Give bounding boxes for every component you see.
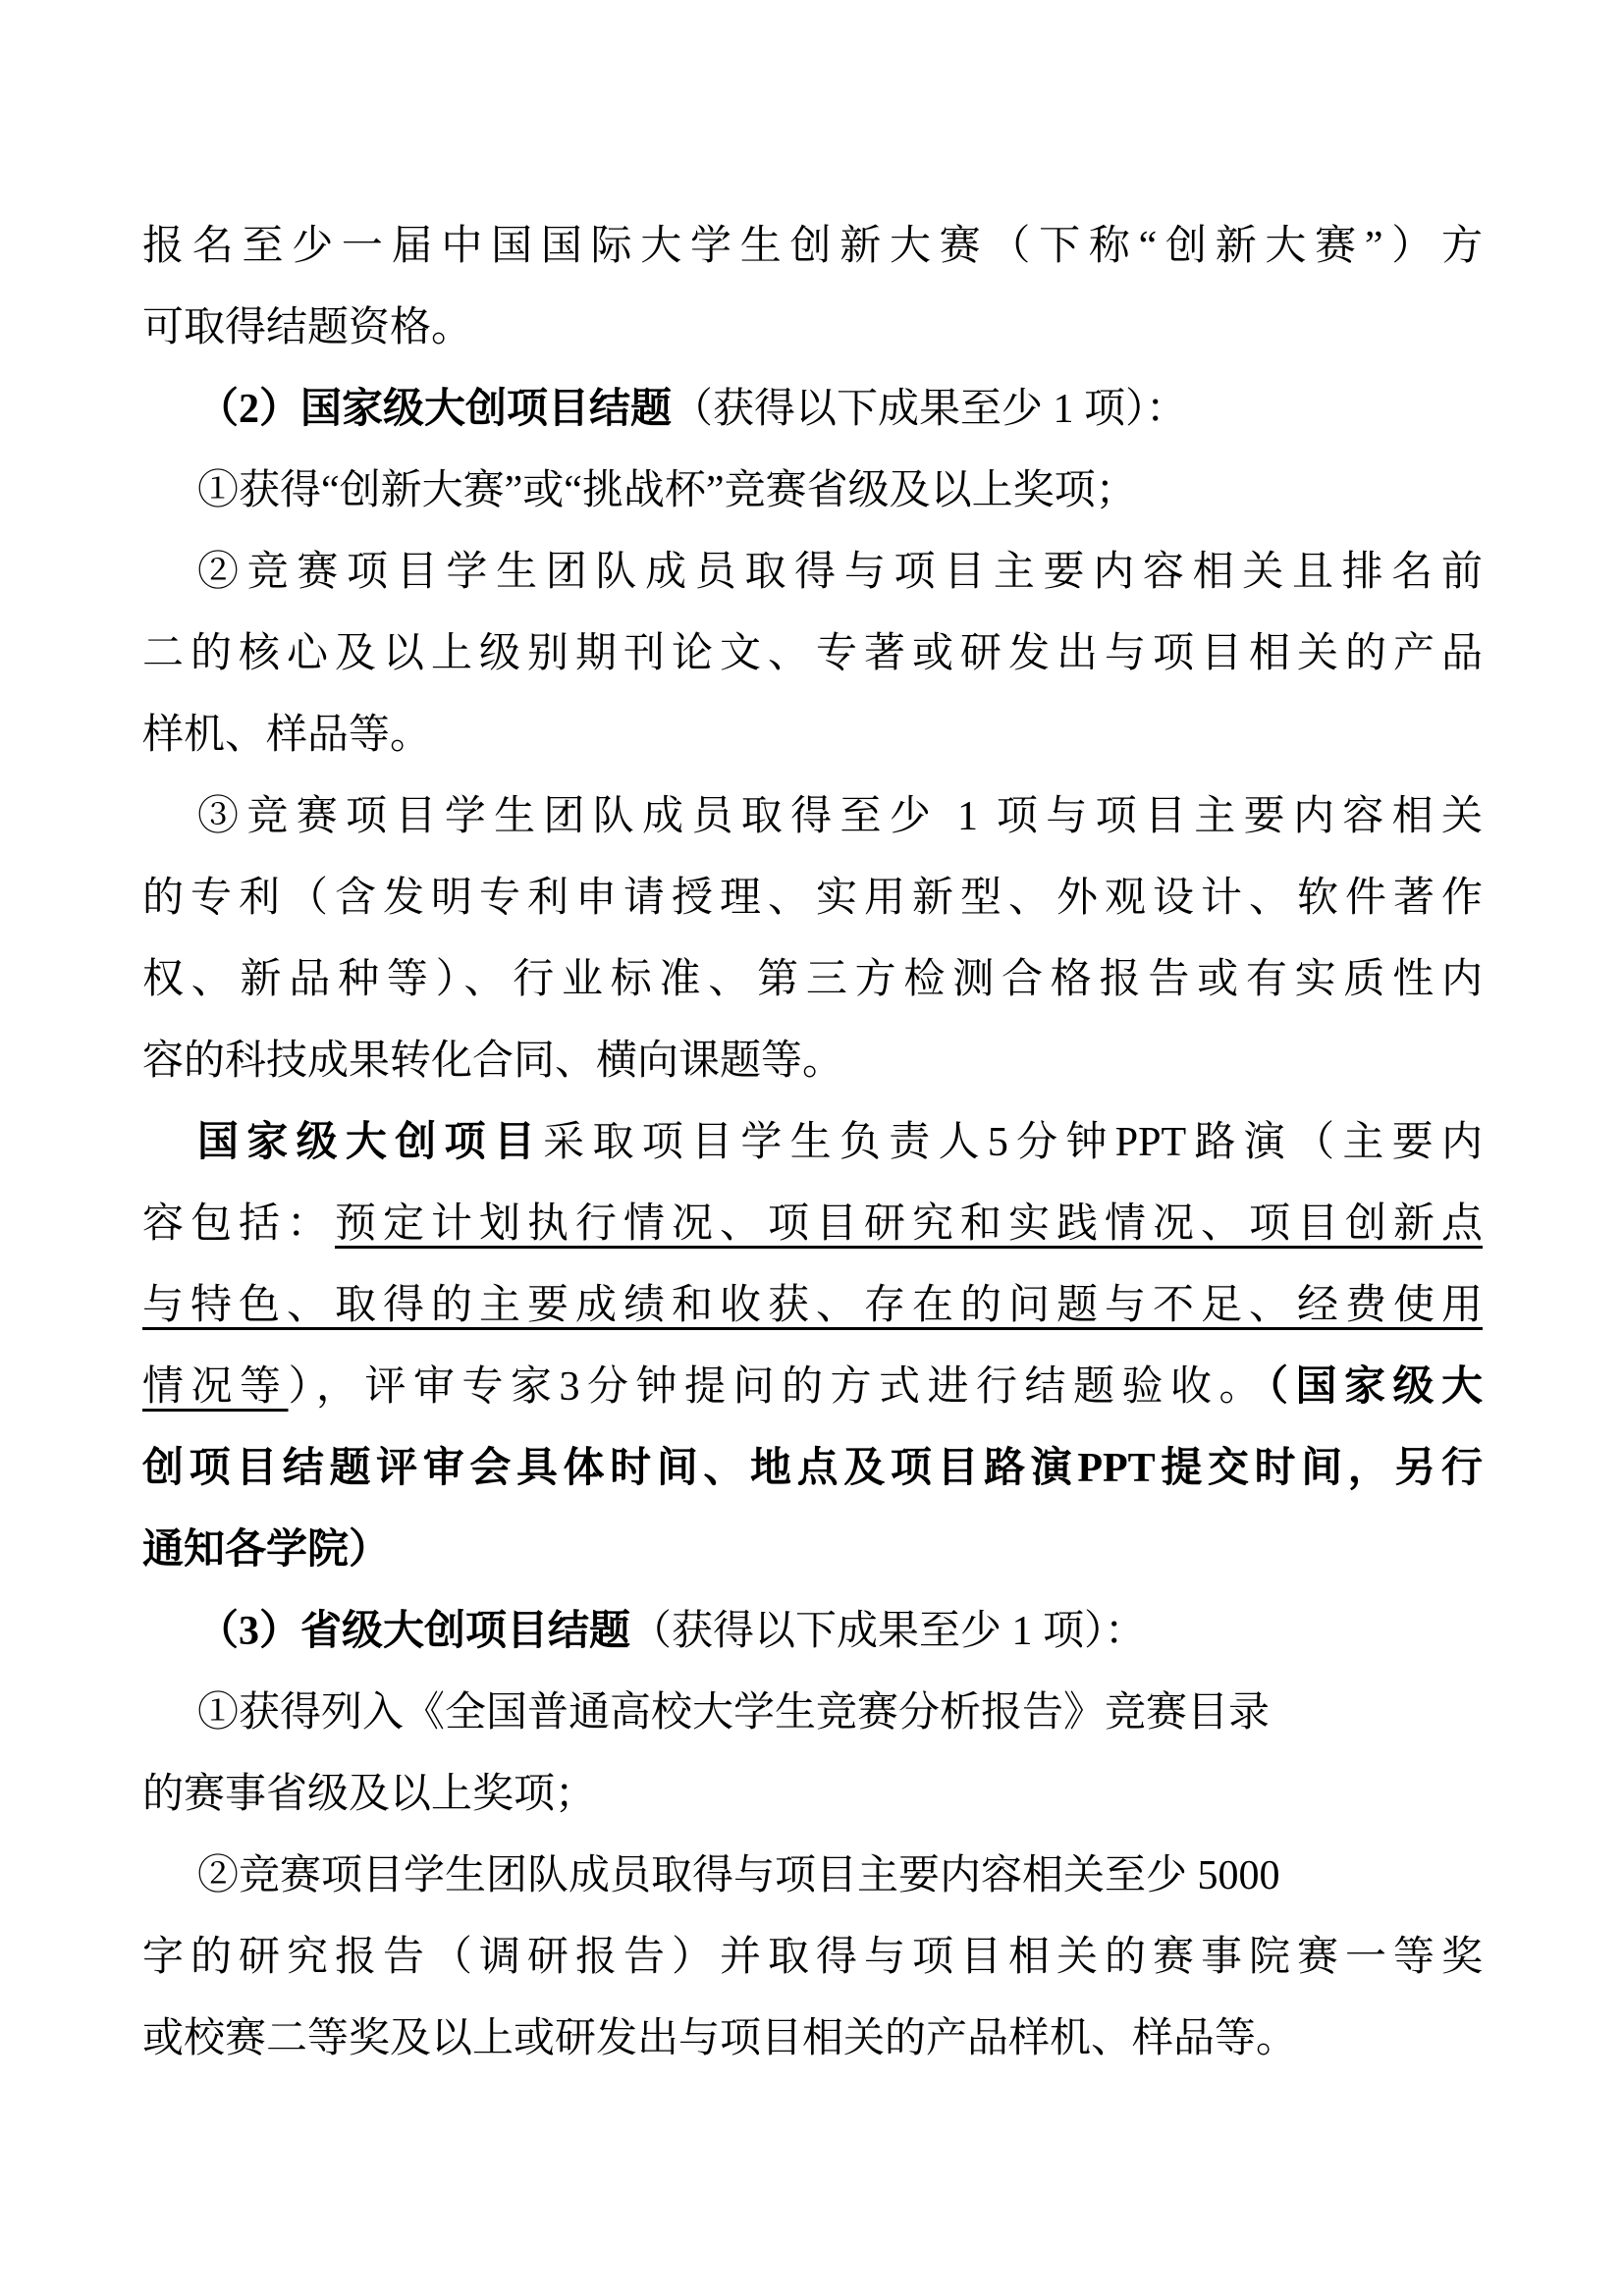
document-body: 报名至少一届中国国际大学生创新大赛（下称“创新大赛”）方 可取得结题资格。 （2…: [142, 206, 1483, 2080]
text-segment: ②竞赛项目学生团队成员取得与项目主要内容相关且排名前: [197, 550, 1483, 595]
text-line: 报名至少一届中国国际大学生创新大赛（下称“创新大赛”）方: [142, 206, 1483, 288]
text-line: 国家级大创项目采取项目学生负责人5分钟PPT路演（主要内: [142, 1102, 1483, 1184]
text-segment: ②竞赛项目学生团队成员取得与项目主要内容相关至少 5000: [197, 1853, 1280, 1898]
text-segment: 可取得结题资格。: [142, 305, 472, 350]
text-line: 的赛事省级及以上奖项；: [142, 1754, 1483, 1836]
text-line: 的专利（含发明专利申请授理、实用新型、外观设计、软件著作: [142, 858, 1483, 939]
text-segment: （3）省级大创项目结题: [197, 1609, 630, 1654]
text-line: 情况等），评审专家3分钟提问的方式进行结题验收。（国家级大: [142, 1347, 1483, 1428]
text-segment: 的赛事省级及以上奖项；: [142, 1772, 596, 1817]
text-segment: 二的核心及以上级别期刊论文、专著或研发出与项目相关的产品: [142, 631, 1483, 676]
text-segment: 与特色、取得的主要成绩和收获、存在的问题与不足、经费使用: [142, 1283, 1483, 1328]
text-line: （3）省级大创项目结题（获得以下成果至少 1 项）：: [142, 1591, 1483, 1673]
text-segment: 样机、样品等。: [142, 713, 431, 758]
text-line: 可取得结题资格。: [142, 288, 1483, 369]
text-segment: （获得以下成果至少 1 项）：: [630, 1609, 1146, 1654]
text-line: ①获得“创新大赛”或“挑战杯”竞赛省级及以上奖项；: [142, 451, 1483, 532]
text-segment: 权、新品种等）、行业标准、第三方检测合格报告或有实质性内: [142, 957, 1483, 1002]
text-segment: 或校赛二等奖及以上或研发出与项目相关的产品样机、样品等。: [142, 2016, 1297, 2061]
text-line: ③竞赛项目学生团队成员取得至少 1 项与项目主要内容相关: [142, 776, 1483, 858]
text-line: ①获得列入《全国普通高校大学生竞赛分析报告》竞赛目录: [142, 1673, 1483, 1754]
document-page: 报名至少一届中国国际大学生创新大赛（下称“创新大赛”）方 可取得结题资格。 （2…: [0, 0, 1624, 2296]
text-line: 创项目结题评审会具体时间、地点及项目路演PPT提交时间，另行: [142, 1428, 1483, 1510]
text-line: 样机、样品等。: [142, 695, 1483, 776]
text-segment: 容包括：: [142, 1201, 335, 1247]
text-line: 通知各学院）: [142, 1510, 1483, 1591]
text-line: 或校赛二等奖及以上或研发出与项目相关的产品样机、样品等。: [142, 1999, 1483, 2080]
text-line: （2）国家级大创项目结题（获得以下成果至少 1 项）：: [142, 369, 1483, 451]
text-segment: 情况等: [142, 1364, 289, 1410]
text-line: 容的科技成果转化合同、横向课题等。: [142, 1021, 1483, 1102]
text-segment: 通知各学院）: [142, 1527, 390, 1573]
text-line: 字的研究报告（调研报告）并取得与项目相关的赛事院赛一等奖: [142, 1917, 1483, 1999]
text-line: 权、新品种等）、行业标准、第三方检测合格报告或有实质性内: [142, 939, 1483, 1021]
text-segment: 的专利（含发明专利申请授理、实用新型、外观设计、软件著作: [142, 876, 1483, 921]
text-line: ②竞赛项目学生团队成员取得与项目主要内容相关至少 5000: [142, 1836, 1483, 1917]
text-segment: 预定计划执行情况、项目研究和实践情况、项目创新点: [335, 1201, 1483, 1247]
text-segment: （2）国家级大创项目结题: [197, 387, 672, 432]
text-segment: ①获得“创新大赛”或“挑战杯”竞赛省级及以上奖项；: [197, 468, 1137, 513]
text-segment: ①获得列入《全国普通高校大学生竞赛分析报告》竞赛目录: [197, 1690, 1270, 1735]
text-segment: （获得以下成果至少 1 项）：: [672, 387, 1187, 432]
text-line: ②竞赛项目学生团队成员取得与项目主要内容相关且排名前: [142, 532, 1483, 614]
text-segment: （国家级大: [1268, 1364, 1483, 1410]
text-segment: ③竞赛项目学生团队成员取得至少 1 项与项目主要内容相关: [197, 794, 1483, 839]
text-segment: 字的研究报告（调研报告）并取得与项目相关的赛事院赛一等奖: [142, 1935, 1483, 1980]
text-segment: 国家级大创项目: [197, 1120, 543, 1165]
text-segment: 容的科技成果转化合同、横向课题等。: [142, 1039, 843, 1084]
text-segment: 采取项目学生负责人5分钟PPT路演（主要内: [543, 1120, 1483, 1165]
text-segment: 创项目结题评审会具体时间、地点及项目路演PPT提交时间，另行: [142, 1446, 1483, 1491]
text-line: 与特色、取得的主要成绩和收获、存在的问题与不足、经费使用: [142, 1265, 1483, 1347]
text-line: 二的核心及以上级别期刊论文、专著或研发出与项目相关的产品: [142, 614, 1483, 695]
text-segment: ），评审专家3分钟提问的方式进行结题验收。: [289, 1364, 1268, 1410]
text-line: 容包括：预定计划执行情况、项目研究和实践情况、项目创新点: [142, 1184, 1483, 1265]
text-segment: 报名至少一届中国国际大学生创新大赛（下称“创新大赛”）方: [142, 224, 1483, 269]
